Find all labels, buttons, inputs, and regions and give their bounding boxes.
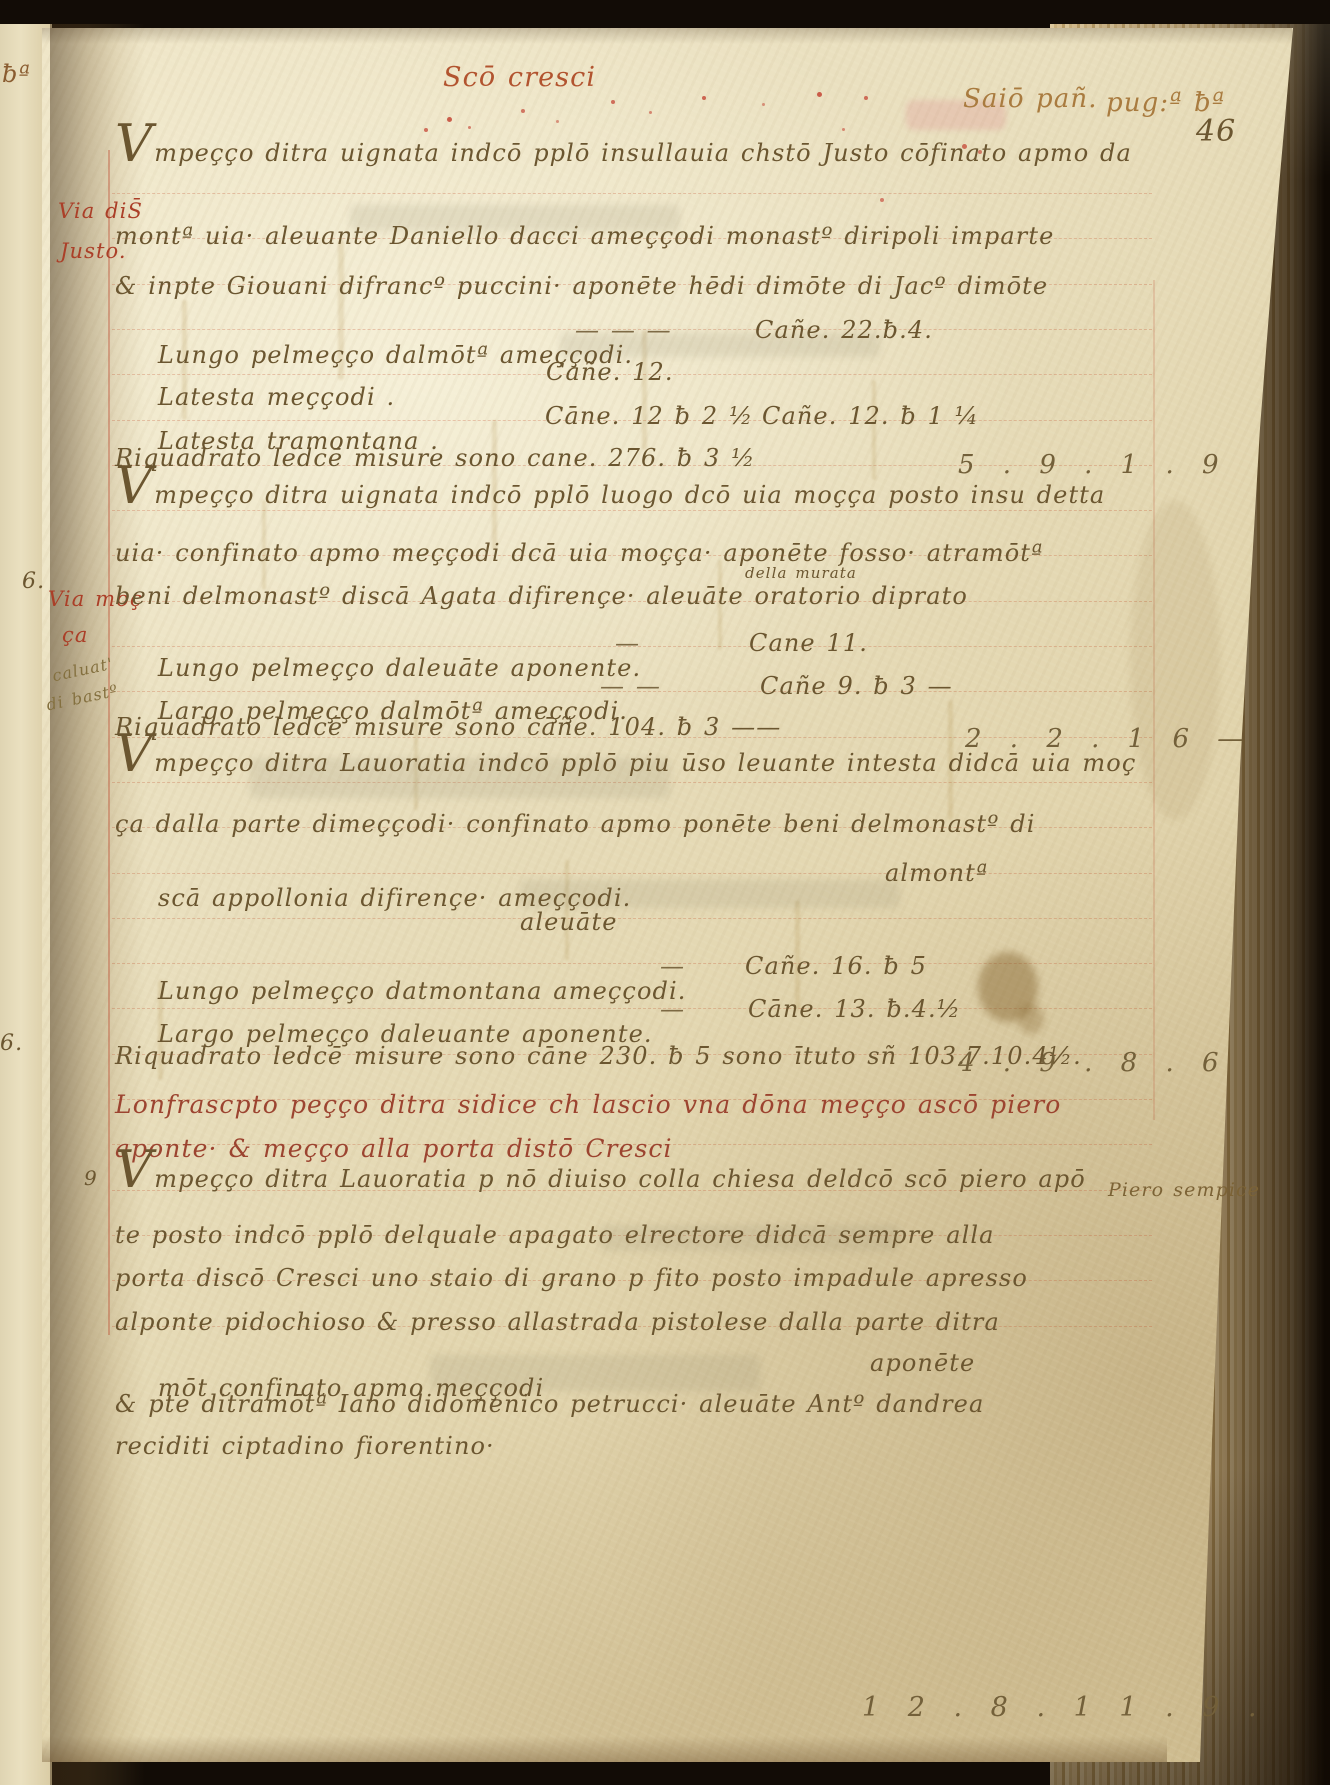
ruling-line (112, 193, 1152, 194)
measure-value-2: Cañe. 12. ƀ 1 ¼ (762, 404, 979, 429)
edge-fragment-mid: 6. (22, 570, 45, 593)
ink-speck (649, 111, 652, 114)
fill-dashes: — (660, 954, 685, 979)
edge-fragment-top: ƀª (2, 62, 31, 87)
body-line: Vmpeçço ditra Lauoratia p nō diuiso coll… (115, 1152, 1086, 1192)
edge-fragment-low: 6. (0, 1032, 23, 1055)
ink-speck (611, 100, 615, 104)
ink-speck (817, 92, 822, 97)
ink-speck (702, 96, 706, 100)
ink-speck (556, 120, 559, 123)
body-line: & inpte Giouani difrancº puccini· aponēt… (115, 274, 1048, 299)
margin-rule-left (108, 150, 110, 1335)
body-line: & pte ditramōtª Iano didomenico petrucci… (115, 1392, 984, 1417)
body-line: te posto indcō pplō delquale apagato elr… (115, 1223, 995, 1248)
page-top-shadow (42, 28, 1292, 44)
measure-value: Cañe. 12. (546, 360, 674, 385)
boundary-word: aponēte (870, 1351, 975, 1376)
page-bottom-shadow (42, 1736, 1167, 1762)
fill-dashes: — (660, 997, 685, 1022)
measure-value: Cañe. 22.ƀ.4. (755, 318, 933, 343)
totals-bottom: 1 2 . 8 . 1 1 . 9 . (862, 1694, 1259, 1722)
ink-speck (864, 96, 868, 100)
page-title-center: Scō cresci (443, 64, 596, 92)
ink-speck (521, 109, 525, 113)
ink-speck (880, 198, 884, 202)
body-line: porta discō Cresci uno staio di grano p … (115, 1266, 1028, 1291)
measure-value: Cañe. 16. ƀ 5 (745, 954, 927, 979)
stain (1018, 1004, 1044, 1034)
rubric-line: Lonfrascpto peçço ditra sidice ch lascio… (115, 1092, 1061, 1118)
body-line: Vmpeçço ditra Lauoratia indcō pplō piu ū… (115, 736, 1136, 776)
body-line: alponte pidochioso & presso allastrada p… (115, 1310, 1000, 1335)
body-line: Vmpeçço ditra uignata indcō pplō insulla… (115, 126, 1132, 166)
margin-note-piero-sempice: Piero sempice (1108, 1181, 1260, 1201)
measure-value: Cāne. 13. ƀ.4.½ (748, 997, 961, 1022)
body-line: beni delmonastº discā Agata difirençe· a… (115, 584, 968, 609)
boundary-word: almontª (885, 861, 988, 886)
measure-value: Cañe 9. ƀ 3 — (760, 674, 953, 699)
streak (872, 380, 876, 480)
body-line: uia· confinato apmo meççodi dcā uia moçç… (115, 541, 1044, 566)
body-line-centered: aleuāte (520, 910, 618, 935)
total-line: Riquadrato ledcē misure sono cāne 230. ƀ… (115, 1044, 1082, 1069)
page-number: 46 (1196, 116, 1236, 148)
totals-row: 4 . 9 . 8 . 6 (958, 1050, 1221, 1077)
body-line: Vmpeçço ditra uignata indcō pplō luogo d… (115, 468, 1105, 508)
measure-value: Cane 11. (749, 631, 868, 656)
margin-note-via-di-s-justo: Via diS̄ (58, 200, 143, 222)
ink-speck (762, 103, 765, 106)
ink-speck (447, 117, 452, 122)
margin-note-via-mozza-2: ça (62, 624, 88, 646)
fill-dashes: — — — (575, 318, 672, 343)
folio-reference: Saiō pañ. (963, 86, 1098, 113)
body-line: montª uia· aleuante Daniello dacci ameçç… (115, 224, 1054, 249)
body-line: ça dalla parte dimeççodi· confinato apmo… (115, 812, 1036, 837)
stain (1130, 500, 1220, 820)
fill-dashes: — — (600, 674, 661, 699)
body-line: reciditi ciptadino fiorentino· (115, 1434, 495, 1459)
quire-mark: 9 (84, 1168, 98, 1189)
measure-value: Cāne. 12 ƀ 2 ½ (545, 404, 753, 429)
manuscript-photo: Scō cresci Saiō pañ. pug:ª ƀª 46 Via diS… (0, 0, 1330, 1785)
fill-dashes: — (615, 631, 640, 656)
interlinear-note: della murata (745, 566, 857, 582)
